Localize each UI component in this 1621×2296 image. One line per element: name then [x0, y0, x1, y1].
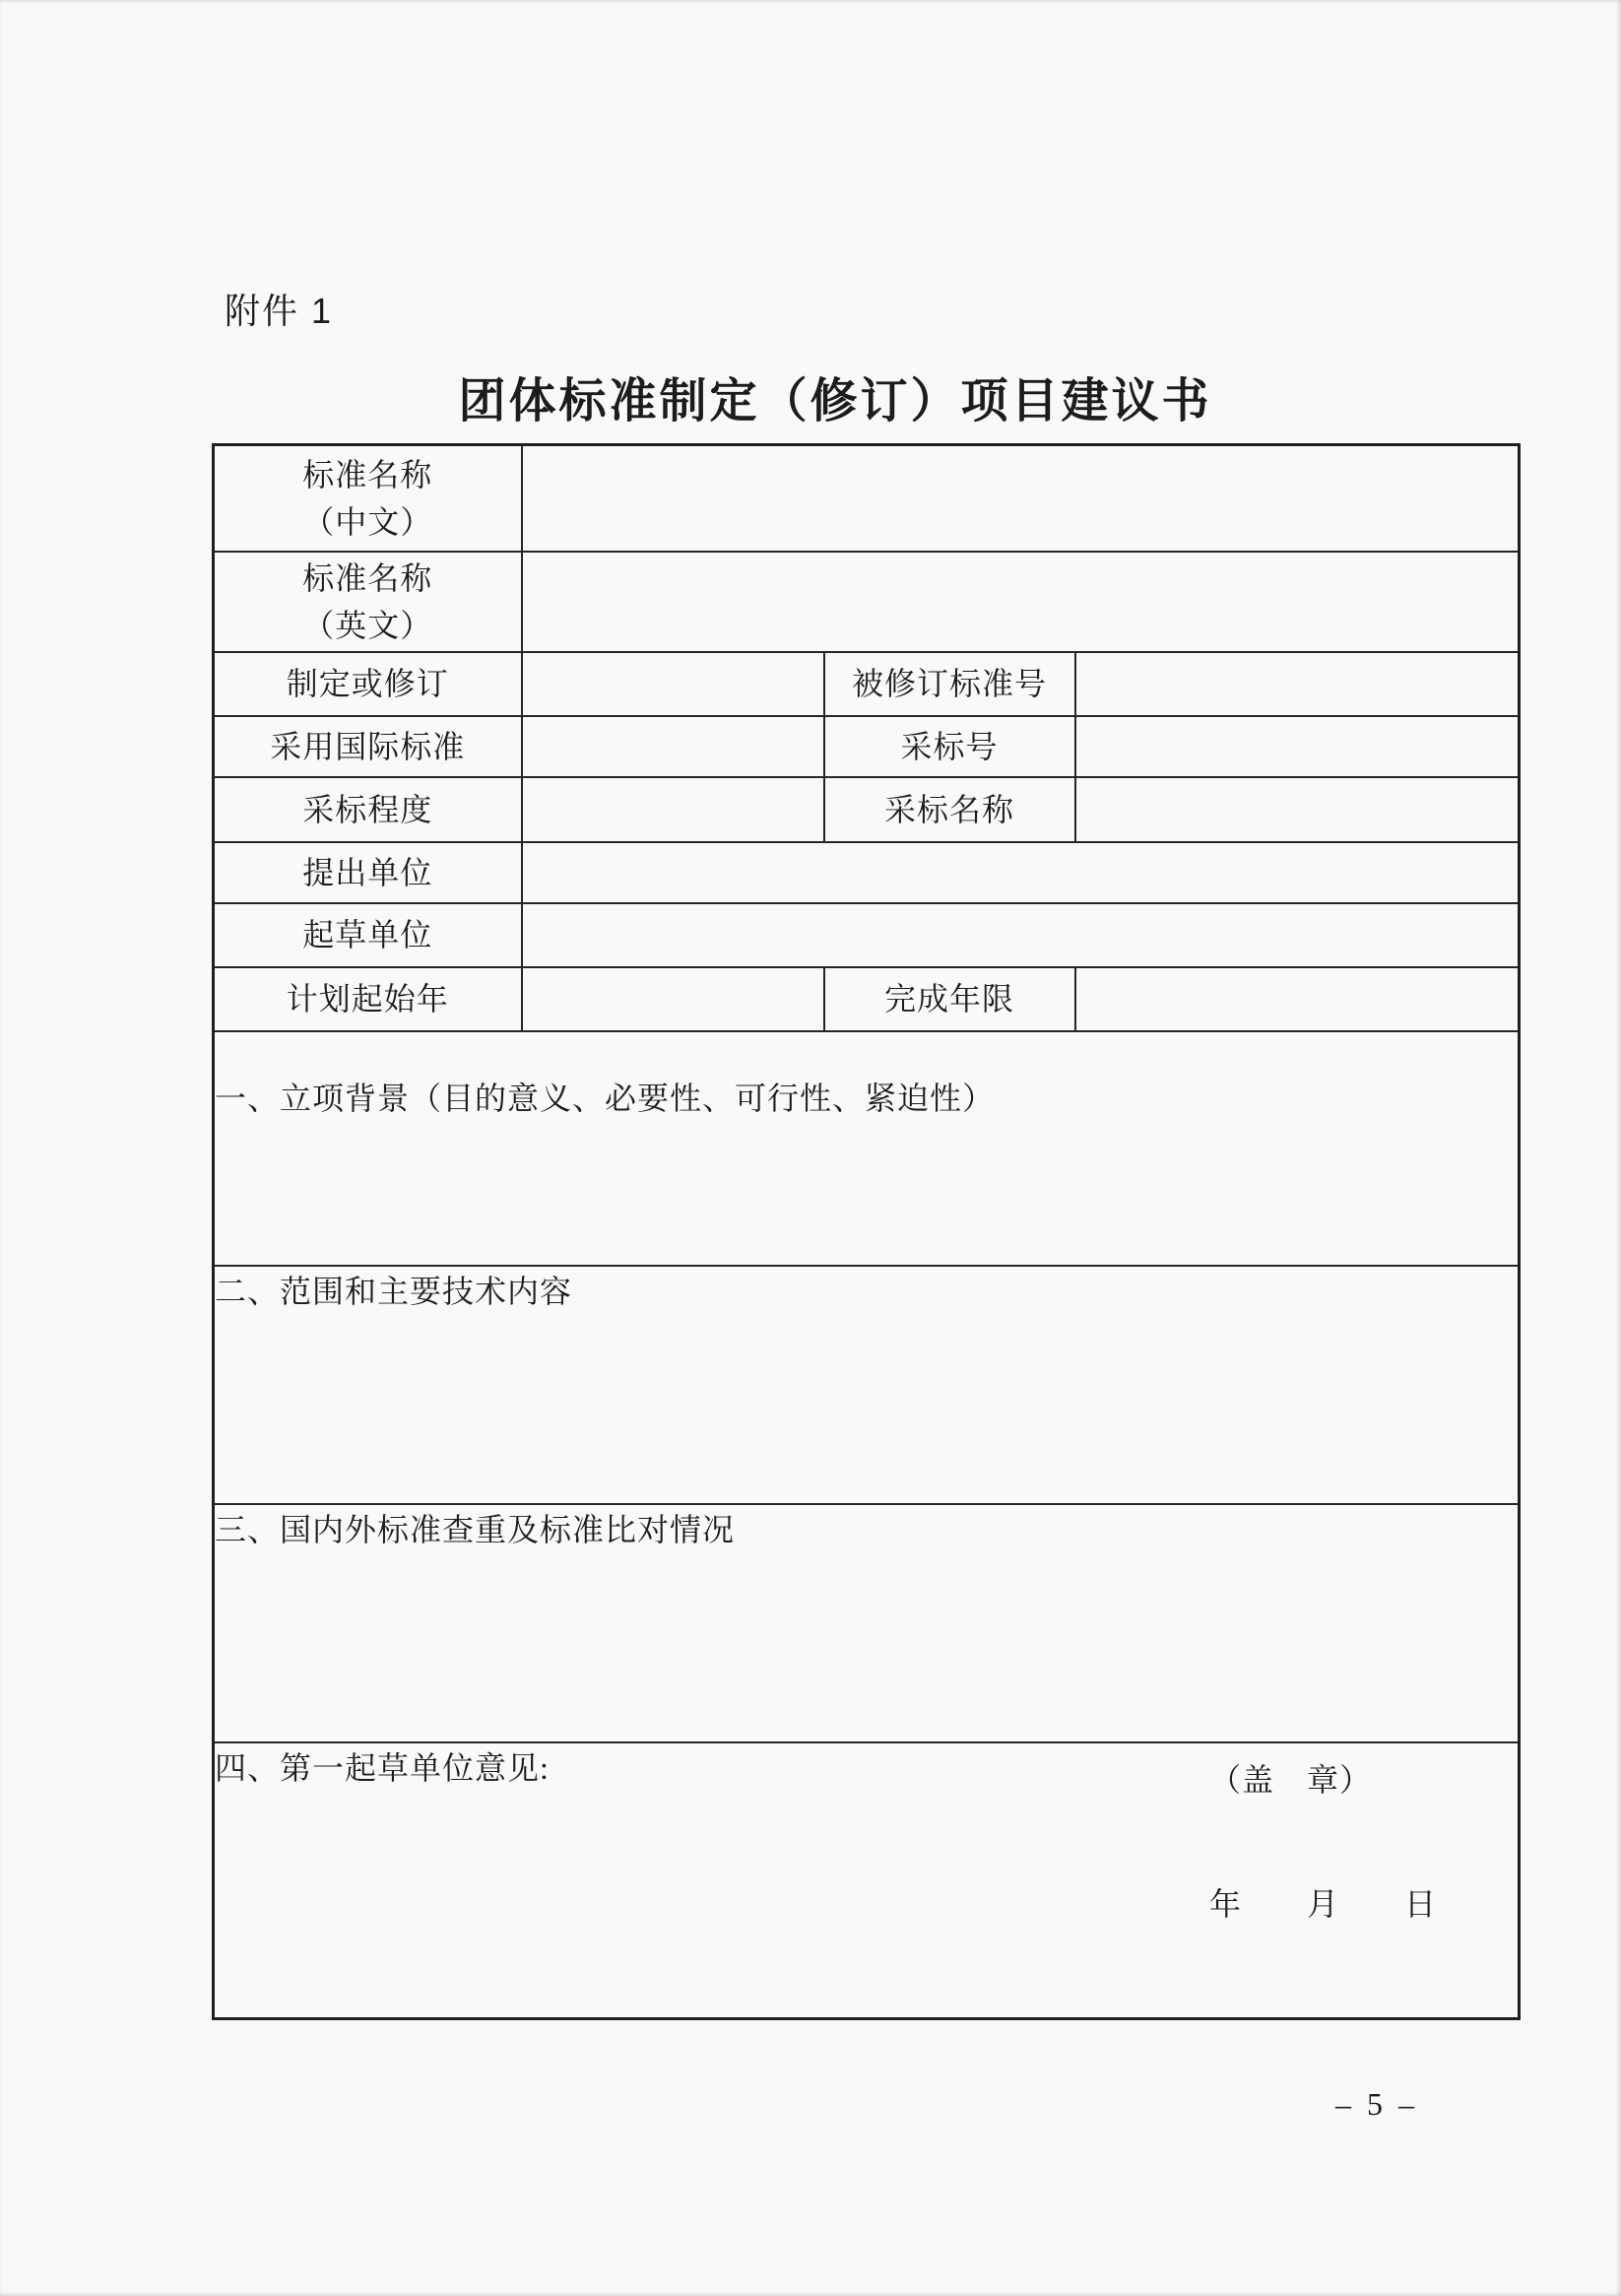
field-value-plan-start-year: [522, 967, 824, 1031]
scanned-document-page: 附件 1 团体标准制定（修订）项目建议书 标准名称 （中文） 标准名称 （英文）…: [0, 0, 1621, 2296]
section-first-drafter-opinion: 四、第一起草单位意见: （盖 章） 年 月 日: [214, 1742, 1520, 2019]
field-label-proposing-unit: 提出单位: [214, 842, 522, 903]
row-plan-years: 计划起始年 完成年限: [214, 967, 1520, 1031]
document-title: 团体标准制定（修订）项目建议书: [0, 362, 1621, 430]
field-label-standard-name-cn: 标准名称 （中文）: [214, 445, 522, 552]
field-value-drafting-unit: [522, 903, 1520, 967]
field-value-develop-or-revise: [522, 652, 824, 716]
row-develop-or-revise: 制定或修订 被修订标准号: [214, 652, 1520, 716]
row-adopt-international-standard: 采用国际标准 采标号: [214, 716, 1520, 777]
section-first-drafter-opinion-title: 四、第一起草单位意见:: [215, 1750, 550, 1786]
seal-line: （盖 章）: [1209, 1759, 1437, 1801]
field-label-completion-period: 完成年限: [824, 967, 1075, 1031]
date-line: 年 月 日: [1209, 1883, 1437, 1925]
field-value-adoption-degree: [522, 777, 824, 842]
section-project-background: 一、立项背景（目的意义、必要性、可行性、紧迫性）: [214, 1031, 1520, 1266]
field-value-adopt-international-standard: [522, 716, 824, 777]
row-proposing-unit: 提出单位: [214, 842, 1520, 903]
attachment-label: 附件 1: [225, 284, 333, 334]
section-scope-technical-content: 二、范围和主要技术内容: [214, 1266, 1520, 1504]
field-value-standard-name-en: [522, 552, 1520, 652]
field-value-adopted-standard-name: [1075, 777, 1520, 842]
field-value-adopted-standard-no: [1075, 716, 1520, 777]
field-label-develop-or-revise: 制定或修订: [214, 652, 522, 716]
field-label-revised-standard-no: 被修订标准号: [824, 652, 1075, 716]
section-first-drafter-opinion-cell: 四、第一起草单位意见: （盖 章） 年 月 日: [214, 1742, 1520, 2019]
standard-proposal-form: 标准名称 （中文） 标准名称 （英文） 制定或修订 被修订标准号 采用国际标准 …: [212, 443, 1521, 2020]
field-value-completion-period: [1075, 967, 1520, 1031]
field-label-adopted-standard-name: 采标名称: [824, 777, 1075, 842]
field-value-standard-name-cn: [522, 445, 1520, 552]
field-label-adoption-degree: 采标程度: [214, 777, 522, 842]
seal-and-date-block: （盖 章） 年 月 日: [1209, 1676, 1437, 2007]
row-standard-name-en: 标准名称 （英文）: [214, 552, 1520, 652]
row-standard-name-cn: 标准名称 （中文）: [214, 445, 1520, 552]
page-number: – 5 –: [1335, 2086, 1414, 2123]
row-adoption-degree: 采标程度 采标名称: [214, 777, 1520, 842]
field-label-adopt-international-standard: 采用国际标准: [214, 716, 522, 777]
field-label-plan-start-year: 计划起始年: [214, 967, 522, 1031]
field-value-proposing-unit: [522, 842, 1520, 903]
row-drafting-unit: 起草单位: [214, 903, 1520, 967]
field-label-drafting-unit: 起草单位: [214, 903, 522, 967]
field-label-standard-name-en: 标准名称 （英文）: [214, 552, 522, 652]
section-scope-technical-content-title: 二、范围和主要技术内容: [214, 1266, 1520, 1504]
field-value-revised-standard-no: [1075, 652, 1520, 716]
section-project-background-title: 一、立项背景（目的意义、必要性、可行性、紧迫性）: [214, 1031, 1520, 1266]
field-label-adopted-standard-no: 采标号: [824, 716, 1075, 777]
